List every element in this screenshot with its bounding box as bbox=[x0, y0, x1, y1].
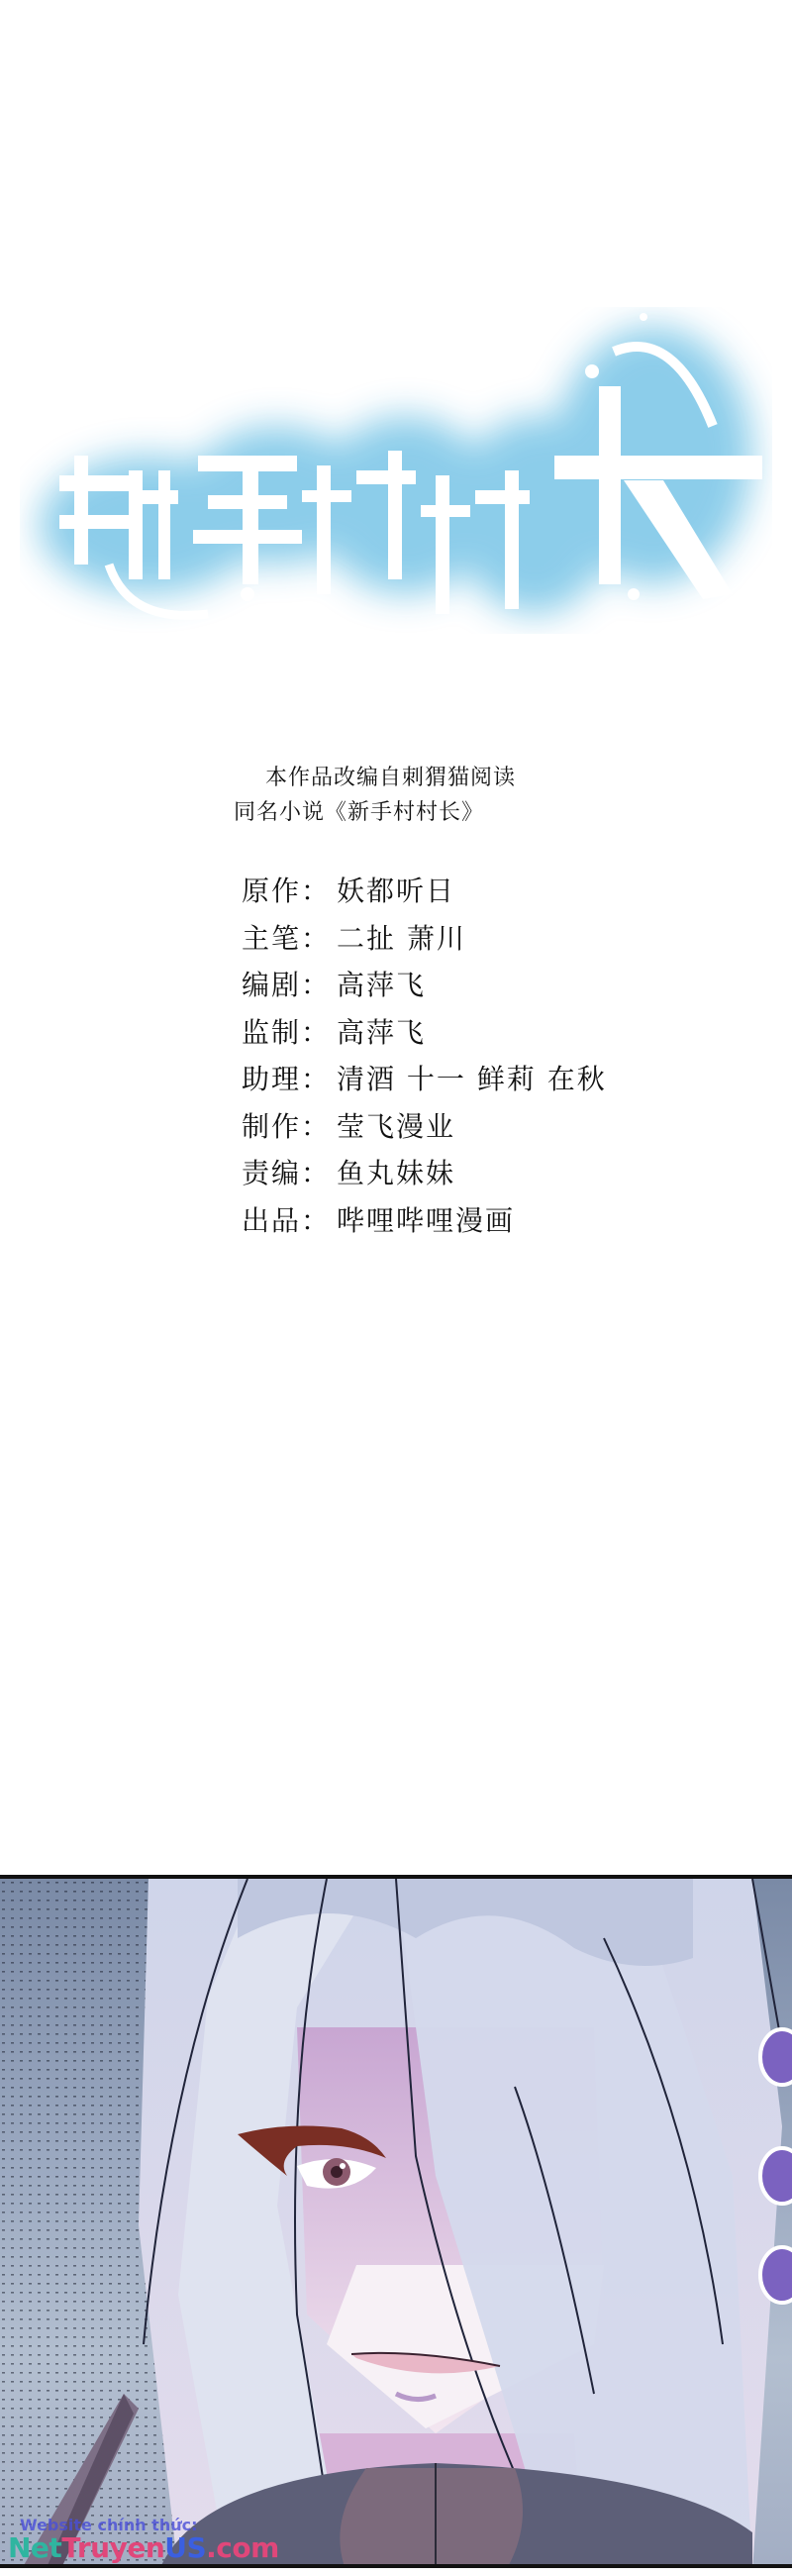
credit-separator: ： bbox=[301, 1011, 337, 1051]
site-watermark: Website chính thức: NetTruyenUS.com bbox=[8, 2516, 279, 2562]
credit-separator: ： bbox=[301, 1199, 337, 1239]
credit-row-assistants: 助理：清酒 十一 鲜莉 在秋 bbox=[242, 1058, 607, 1105]
credit-row-production: 制作：莹飞漫业 bbox=[242, 1105, 607, 1153]
credit-names: 哔哩哔哩漫画 bbox=[337, 1204, 515, 1237]
credit-row-original-author: 原作：妖都听日 bbox=[242, 870, 607, 917]
credit-row-screenwriter: 编剧：高萍飞 bbox=[242, 964, 607, 1011]
comic-title-logo bbox=[20, 307, 772, 634]
credit-row-supervisor: 监制：高萍飞 bbox=[242, 1011, 607, 1059]
credit-separator: ： bbox=[301, 917, 337, 957]
character-illustration bbox=[0, 1879, 792, 2568]
credit-role: 助理 bbox=[242, 1058, 301, 1097]
credit-names: 高萍飞 bbox=[337, 969, 426, 1001]
credit-names: 二扯 萧川 bbox=[337, 922, 466, 955]
credit-separator: ： bbox=[301, 964, 337, 1003]
credit-role: 责编 bbox=[242, 1152, 301, 1191]
credit-separator: ： bbox=[301, 1058, 337, 1097]
credit-separator: ： bbox=[301, 1152, 337, 1191]
title-logo-art bbox=[20, 307, 772, 634]
credit-role: 编剧 bbox=[242, 964, 301, 1003]
credit-names: 清酒 十一 鲜莉 在秋 bbox=[337, 1063, 607, 1095]
credit-separator: ： bbox=[301, 1105, 337, 1145]
comic-panel-character-closeup: Website chính thức: NetTruyenUS.com bbox=[0, 1875, 792, 2568]
watermark-net: Net bbox=[8, 2531, 61, 2564]
watermark-caption: Website chính thức: bbox=[20, 2516, 279, 2534]
credit-role: 主笔 bbox=[242, 917, 301, 957]
credit-names: 高萍飞 bbox=[337, 1016, 426, 1049]
source-novel-notice: 同名小说《新手村村长》 bbox=[234, 795, 792, 826]
credit-row-editor: 责编：鱼丸妹妹 bbox=[242, 1152, 607, 1199]
credit-role: 监制 bbox=[242, 1011, 301, 1051]
credit-role: 出品 bbox=[242, 1199, 301, 1239]
watermark-us: US bbox=[164, 2531, 206, 2564]
credit-role: 原作 bbox=[242, 870, 301, 909]
watermark-site-name: NetTruyenUS.com bbox=[8, 2534, 279, 2562]
watermark-truyen: Truyen bbox=[61, 2531, 164, 2564]
credits-list: 原作：妖都听日 主笔：二扯 萧川 编剧：高萍飞 监制：高萍飞 助理：清酒 十一 … bbox=[242, 870, 607, 1246]
credit-row-lead-artist: 主笔：二扯 萧川 bbox=[242, 917, 607, 965]
watermark-com: .com bbox=[206, 2531, 279, 2564]
credit-names: 莹飞漫业 bbox=[337, 1110, 455, 1143]
credit-separator: ： bbox=[301, 870, 337, 909]
credit-names: 妖都听日 bbox=[337, 875, 455, 907]
credit-names: 鱼丸妹妹 bbox=[337, 1157, 455, 1189]
credit-row-publisher: 出品：哔哩哔哩漫画 bbox=[242, 1199, 607, 1247]
adaptation-notice: 本作品改编自刺猬猫阅读 bbox=[265, 761, 792, 791]
credit-role: 制作 bbox=[242, 1105, 301, 1145]
